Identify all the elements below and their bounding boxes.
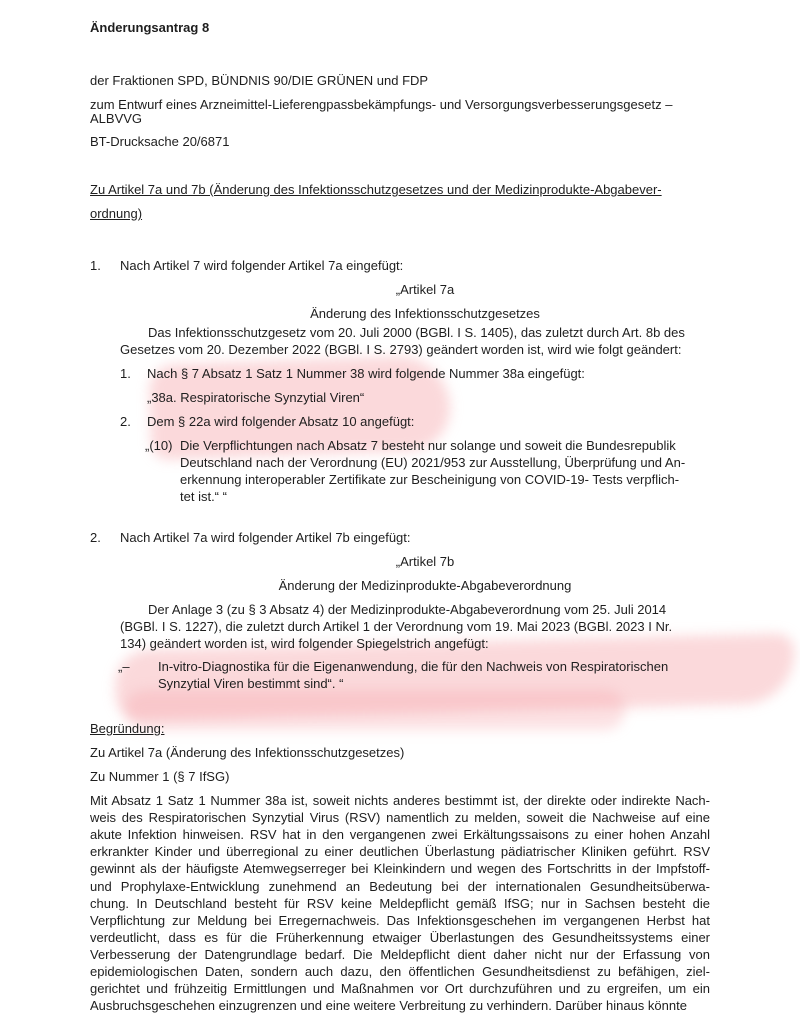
draft-line-2: ALBVVG [90,110,142,127]
absatz-10-label: „(10) [145,437,172,454]
begruendung-subheading-2: Zu Nummer 1 (§ 7 IfSG) [90,768,229,785]
begruendung-heading: Begründung: [90,720,164,737]
sub-item-1-text: Nach § 7 Absatz 1 Satz 1 Nummer 38 wird … [147,365,585,382]
spiegelstrich-label: „– [118,658,130,675]
spiegelstrich-line-1: In-vitro-Diagnostika für die Eigenanwend… [158,658,668,675]
absatz-10-line-2: Deutschland nach der Verordnung (EU) 202… [180,454,685,471]
highlight-mark-3 [125,690,625,730]
body-line: Mit Absatz 1 Satz 1 Nummer 38a ist, sowe… [90,792,710,809]
factions-line: der Fraktionen SPD, BÜNDNIS 90/DIE GRÜNE… [90,72,428,89]
body-line: epidemiologischen Daten, sondern auch da… [90,963,710,980]
document-title: Änderungsantrag 8 [90,19,209,36]
article-7b-intro-line-2: (BGBl. I S. 1227), die zuletzt durch Art… [120,618,672,635]
body-line: Verbesserung der Datengrundlage bedarf. … [90,946,710,963]
item-2-number: 2. [90,529,101,546]
drucksache-line: BT-Drucksache 20/6871 [90,133,229,150]
spiegelstrich-line-2: Synzytial Viren bestimmt sind“. “ [158,675,343,692]
body-line: chung. In Deutschland besteht für RSV ke… [90,895,710,912]
sub-item-2-number: 2. [120,413,131,430]
section-heading-line-2: ordnung) [90,205,142,222]
body-line: weis des Respiratorischen Synzytial Viru… [90,809,710,826]
body-line: gerichtet und frühzeitig Ermittlungen un… [90,980,710,997]
body-line: Ausbruchsgeschehen einzugrenzen und eine… [90,997,710,1014]
item-2-text: Nach Artikel 7a wird folgender Artikel 7… [120,529,411,546]
article-7b-label: „Artikel 7b [0,553,800,570]
begruendung-subheading-1: Zu Artikel 7a (Änderung des Infektionssc… [90,744,404,761]
absatz-10-line-3: erkennung interoperabler Zertifikate zur… [180,471,679,488]
sub-item-2-text: Dem § 22a wird folgender Absatz 10 angef… [147,413,414,430]
document-page: Änderungsantrag 8 der Fraktionen SPD, BÜ… [0,0,800,1029]
article-7a-intro-line-1: Das Infektionsschutzgesetz vom 20. Juli … [148,324,685,341]
item-1-number: 1. [90,257,101,274]
article-7b-intro-line-1: Der Anlage 3 (zu § 3 Absatz 4) der Mediz… [148,601,666,618]
article-7a-label: „Artikel 7a [0,281,800,298]
item-1-text: Nach Artikel 7 wird folgender Artikel 7a… [120,257,403,274]
body-line: akute Infektion hinweisen. RSV hat in de… [90,826,710,843]
absatz-10-line-4: tet ist.“ “ [180,488,227,505]
body-line: gewinnt als der häufigste Atemwegserrege… [90,860,710,877]
article-7a-title: Änderung des Infektionsschutzgesetzes [0,305,800,322]
sub-item-1-quote: „38a. Respiratorische Synzytial Viren“ [147,389,364,406]
body-line: und Prophylaxe-Entwicklung zunehmend an … [90,878,710,895]
article-7a-intro-line-2: Gesetzes vom 20. Dezember 2022 (BGBl. I … [120,341,681,358]
absatz-10-line-1: Die Verpflichtungen nach Absatz 7 besteh… [180,437,676,454]
body-line: verdeutlicht, dass es für die Früherkenn… [90,929,710,946]
sub-item-1-number: 1. [120,365,131,382]
draft-line-1: zum Entwurf eines Arzneimittel-Liefereng… [90,96,672,113]
section-heading-line-1: Zu Artikel 7a und 7b (Änderung des Infek… [90,181,662,198]
body-line: erkrankter Kinder und überregional zu ei… [90,843,710,860]
body-line: Verpflichtung zur Meldung bei Erregernac… [90,912,710,929]
article-7b-title: Änderung der Medizinprodukte-Abgabeveror… [0,577,800,594]
article-7b-intro-line-3: 134) geändert worden ist, wird folgender… [120,635,489,652]
